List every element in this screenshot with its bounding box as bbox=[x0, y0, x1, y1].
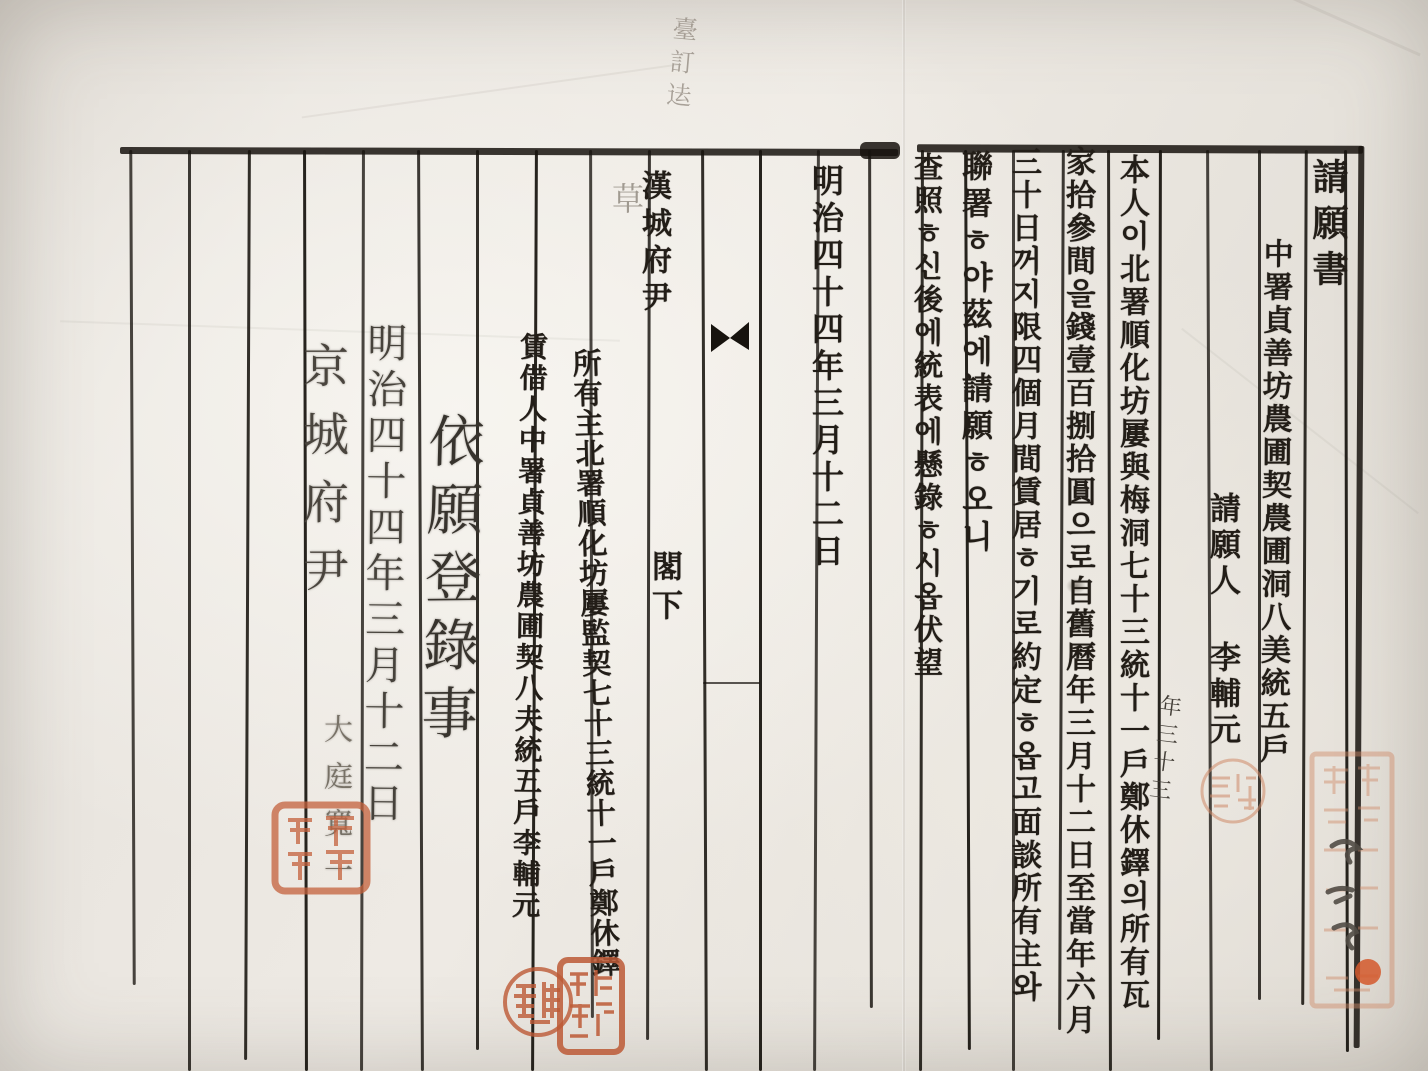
column-rule-line bbox=[1157, 150, 1161, 1040]
body-line-3: 三十日꺼지限四個月間賃居ㅎ기로約定ㅎ옵고面談所有主와 bbox=[1008, 146, 1038, 1004]
lessee-signature: 賃借人中署貞善坊農圃契八夫統五戶李輔元 bbox=[510, 332, 546, 921]
rule-connector bbox=[703, 682, 760, 684]
petition-date: 明治四十四年三月十二日 bbox=[810, 164, 842, 571]
document-title: 請願書 bbox=[1310, 158, 1346, 296]
recipient-honorific: 閣下 bbox=[648, 550, 679, 628]
wrinkle bbox=[1181, 328, 1419, 514]
body-line-2: 家拾參間을錢壹百捌拾圓으로自舊曆年三月十二日至當年六月 bbox=[1062, 146, 1092, 1037]
endorsement-decision: 依願登錄事 bbox=[416, 412, 481, 752]
ink-blob bbox=[860, 142, 900, 159]
column-rule-line bbox=[188, 150, 191, 1071]
document-paper: 臺訂迲 請願書 中署貞善坊農圃契農圃洞八美統五戶 請願人 李輔元 年三十三 本人… bbox=[0, 0, 1428, 1071]
official-title: 京城府尹 bbox=[300, 342, 346, 614]
body-line-5: 查照ㅎ신後에統表에懸錄ㅎ시옵伏望 bbox=[912, 152, 941, 680]
form-top-border-left bbox=[120, 147, 898, 156]
column-rule-line bbox=[129, 150, 135, 985]
official-square-seal bbox=[270, 800, 372, 896]
top-margin-note: 臺訂迲 bbox=[664, 15, 698, 116]
endorsement-date: 明治四十四年三月十二日 bbox=[360, 322, 404, 828]
draft-mark: 草 bbox=[610, 182, 642, 214]
column-rule-line bbox=[868, 150, 872, 1008]
column-rule-line bbox=[244, 150, 250, 1060]
wrinkle bbox=[999, 0, 1420, 56]
fold-crease bbox=[902, 0, 906, 1071]
column-rule-line bbox=[1107, 150, 1111, 1071]
petitioner-name-line: 請願人 李輔元 bbox=[1206, 492, 1237, 749]
owner-square-seal bbox=[556, 956, 626, 1056]
body-line-4: 聯署ㅎ야茲에請願ㅎ오니 bbox=[958, 150, 989, 557]
owner-signature: 所有主北署順化坊屢監契七十三統十一戶鄭休鐸 bbox=[570, 348, 619, 979]
column-rule-line bbox=[759, 150, 762, 1071]
body-line-1: 本人이北署順化坊屢與梅洞七十三統十一戶鄭休鐸의所有瓦 bbox=[1116, 154, 1146, 1012]
registration-stamp bbox=[1306, 750, 1398, 1010]
petitioner-round-seal bbox=[1198, 756, 1268, 826]
column-rule-line bbox=[701, 150, 707, 1071]
wrinkle bbox=[302, 64, 679, 119]
petitioner-address: 中署貞善坊農圃契農圃洞八美統五戶 bbox=[1256, 238, 1290, 766]
age-note: 年三十三 bbox=[1145, 693, 1180, 807]
correction-bowtie-mark bbox=[710, 322, 750, 354]
